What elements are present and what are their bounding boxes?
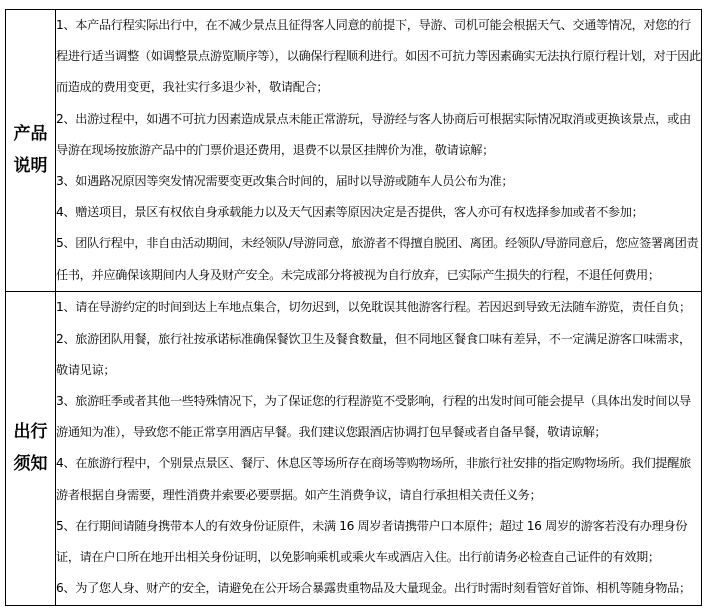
label-line-2: 须知 (6, 448, 55, 480)
travel-info-table: 产品 说明 1、本产品行程实际出行中，在不减少景点且征得客人同意的前提下，导游、… (5, 9, 702, 606)
product-note-1: 1、本产品行程实际出行中，在不减少景点且征得客人同意的前提下，导游、司机可能会根… (56, 10, 701, 104)
travel-note-4: 4、在旅游行程中，个别景点景区、餐厅、休息区等场所存在商场等购物场所，非旅行社安… (56, 448, 701, 510)
product-note-3: 3、如遇路况原因等突发情况需要变更改集合时间的，届时以导游或随车人员公布为准； (56, 166, 701, 197)
travel-note-1: 1、请在导游约定的时间到达上车地点集合，切勿迟到，以免耽误其他游客行程。若因迟到… (56, 292, 701, 323)
travel-note-2: 2、旅游团队用餐，旅行社按承诺标准确保餐饮卫生及餐食数量，但不同地区餐食口味有差… (56, 324, 701, 386)
travel-note-5: 5、在行期间请随身携带本人的有效身份证原件，未满 16 周岁者请携带户口本原件；… (56, 511, 701, 573)
travel-note-3: 3、旅游旺季或者其他一些特殊情况下，为了保证您的行程游览不受影响，行程的出发时间… (56, 386, 701, 448)
label-line-1: 出行 (6, 416, 55, 448)
section-label-travel-notice: 出行 须知 (6, 291, 56, 605)
travel-note-6: 6、为了您人身、财产的安全，请避免在公开场合暴露贵重物品及大量现金。出行时需时刻… (56, 573, 701, 604)
product-note-4: 4、赠送项目，景区有权依自身承载能力以及天气因素等原因决定是否提供，客人亦可有权… (56, 197, 701, 228)
section-content-product-description: 1、本产品行程实际出行中，在不减少景点且征得客人同意的前提下，导游、司机可能会根… (56, 10, 702, 292)
section-product-description: 产品 说明 1、本产品行程实际出行中，在不减少景点且征得客人同意的前提下，导游、… (6, 10, 702, 292)
section-label-product-description: 产品 说明 (6, 10, 56, 292)
section-travel-notice: 出行 须知 1、请在导游约定的时间到达上车地点集合，切勿迟到，以免耽误其他游客行… (6, 291, 702, 605)
section-content-travel-notice: 1、请在导游约定的时间到达上车地点集合，切勿迟到，以免耽误其他游客行程。若因迟到… (56, 291, 702, 605)
label-line-1: 产品 (6, 118, 55, 150)
label-line-2: 说明 (6, 150, 55, 182)
product-note-5: 5、团队行程中，非自由活动期间，未经领队/导游同意，旅游者不得擅自脱团、离团。经… (56, 228, 701, 290)
product-note-2: 2、出游过程中，如遇不可抗力因素造成景点未能正常游玩，导游经与客人协商后可根据实… (56, 104, 701, 166)
